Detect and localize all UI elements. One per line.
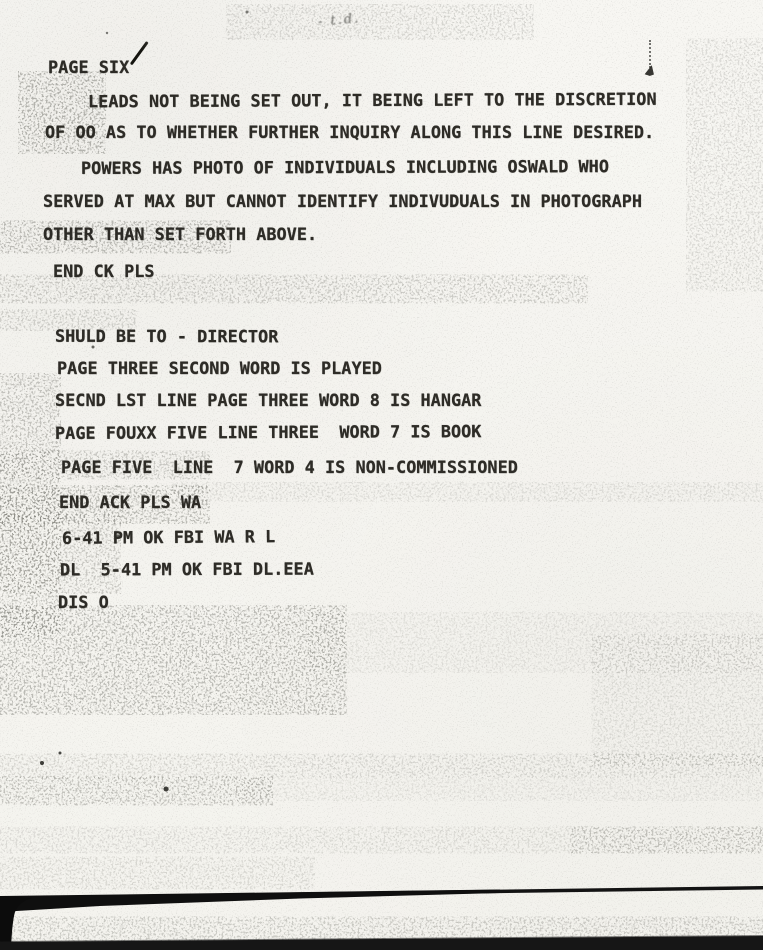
document-line: SHULD BE TO - DIRECTOR — [55, 326, 278, 347]
document-line: SECND LST LINE PAGE THREE WORD 8 IS HANG… — [55, 390, 481, 410]
handwritten-annotation: - t.d. — [317, 11, 360, 30]
pen-slash-mark — [130, 41, 149, 65]
scanned-document-page: - t.d. PAGE SIX LEADS NOT BEING SET OUT,… — [0, 0, 763, 950]
document-line: LEADS NOT BEING SET OUT, IT BEING LEFT T… — [88, 89, 657, 111]
document-line: OTHER THAN SET FORTH ABOVE. — [43, 224, 317, 244]
document-line: PAGE THREE SECOND WORD IS PLAYED — [57, 358, 382, 378]
document-line: END ACK PLS WA — [59, 492, 201, 512]
margin-pen-mark — [649, 40, 651, 68]
document-line: PAGE FIVE LINE 7 WORD 4 IS NON-COMMISSIO… — [61, 457, 518, 477]
document-line: 6-41 PM OK FBI WA R L — [62, 526, 275, 548]
document-line: END CK PLS — [53, 261, 155, 281]
document-line: POWERS HAS PHOTO OF INDIVIDUALS INCLUDIN… — [81, 156, 609, 178]
document-line: DL 5-41 PM OK FBI DL.EEA — [60, 559, 314, 580]
document-line: SERVED AT MAX BUT CANNOT IDENTIFY INDIVU… — [43, 191, 642, 211]
document-line: PAGE FOUXX FIVE LINE THREE WORD 7 IS BOO… — [55, 421, 482, 443]
page-bottom-edge — [0, 884, 763, 950]
document-line: DIS O — [58, 592, 109, 612]
document-line: OF OO AS TO WHETHER FURTHER INQUIRY ALON… — [45, 122, 654, 142]
document-line: PAGE SIX — [48, 57, 129, 77]
